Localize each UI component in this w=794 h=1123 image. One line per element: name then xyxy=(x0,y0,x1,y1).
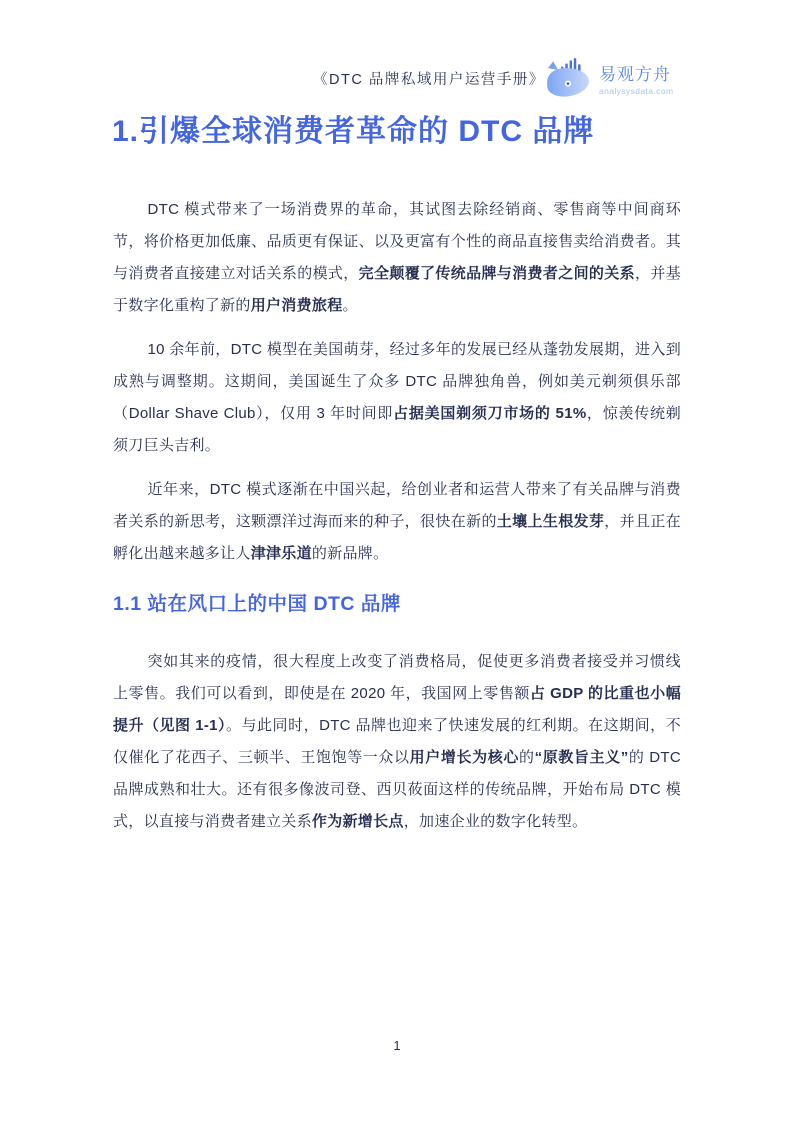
body-paragraph: 近年来，DTC 模式逐渐在中国兴起，给创业者和运营人带来了有关品牌与消费者关系的… xyxy=(113,474,681,570)
text-segment: ，加速企业的数字化转型。 xyxy=(404,813,588,830)
brand-domain: analysysdata.com xyxy=(599,87,673,96)
whale-chart-icon xyxy=(544,54,592,109)
text-segment: “原教旨主义” xyxy=(535,749,629,766)
page-number: 1 xyxy=(0,1038,794,1053)
text-segment: 土壤上生根发芽 xyxy=(497,513,604,530)
booklet-title: 《DTC 品牌私域用户运营手册》 xyxy=(313,68,545,89)
page-header: 《DTC 品牌私域用户运营手册》 xyxy=(0,54,794,112)
brand-logo: 易观方舟 analysysdata.com xyxy=(544,54,673,109)
body-paragraph: DTC 模式带来了一场消费界的革命，其试图去除经销商、零售商等中间商环节，将价格… xyxy=(113,194,681,322)
brand-name: 易观方舟 xyxy=(599,66,673,85)
body-paragraph: 突如其来的疫情，很大程度上改变了消费格局，促使更多消费者接受并习惯线上零售。我们… xyxy=(113,646,681,838)
logo-text: 易观方舟 analysysdata.com xyxy=(599,66,673,96)
section-title: 1.1 站在风口上的中国 DTC 品牌 xyxy=(113,588,681,616)
text-segment: 完全颠覆了传统品牌与消费者之间的关系 xyxy=(359,265,635,282)
body-paragraph: 10 余年前，DTC 模型在美国萌芽，经过多年的发展已经从蓬勃发展期，进入到成熟… xyxy=(113,334,681,462)
text-segment: 的新品牌。 xyxy=(312,545,389,562)
text-segment: 占据美国剃须刀市场的 51% xyxy=(393,405,586,422)
text-segment: 用户消费旅程 xyxy=(251,297,343,314)
text-segment: 津津乐道 xyxy=(251,545,312,562)
text-segment: 用户增长为核心 xyxy=(410,749,519,766)
text-segment: 作为新增长点 xyxy=(312,813,404,830)
document-body: DTC 模式带来了一场消费界的革命，其试图去除经销商、零售商等中间商环节，将价格… xyxy=(113,194,681,850)
text-segment: 的 xyxy=(519,749,535,766)
chapter-title: 1.引爆全球消费者革命的 DTC 品牌 xyxy=(112,106,594,150)
text-segment: 。 xyxy=(343,297,358,314)
document-page: 《DTC 品牌私域用户运营手册》 xyxy=(0,0,794,1123)
